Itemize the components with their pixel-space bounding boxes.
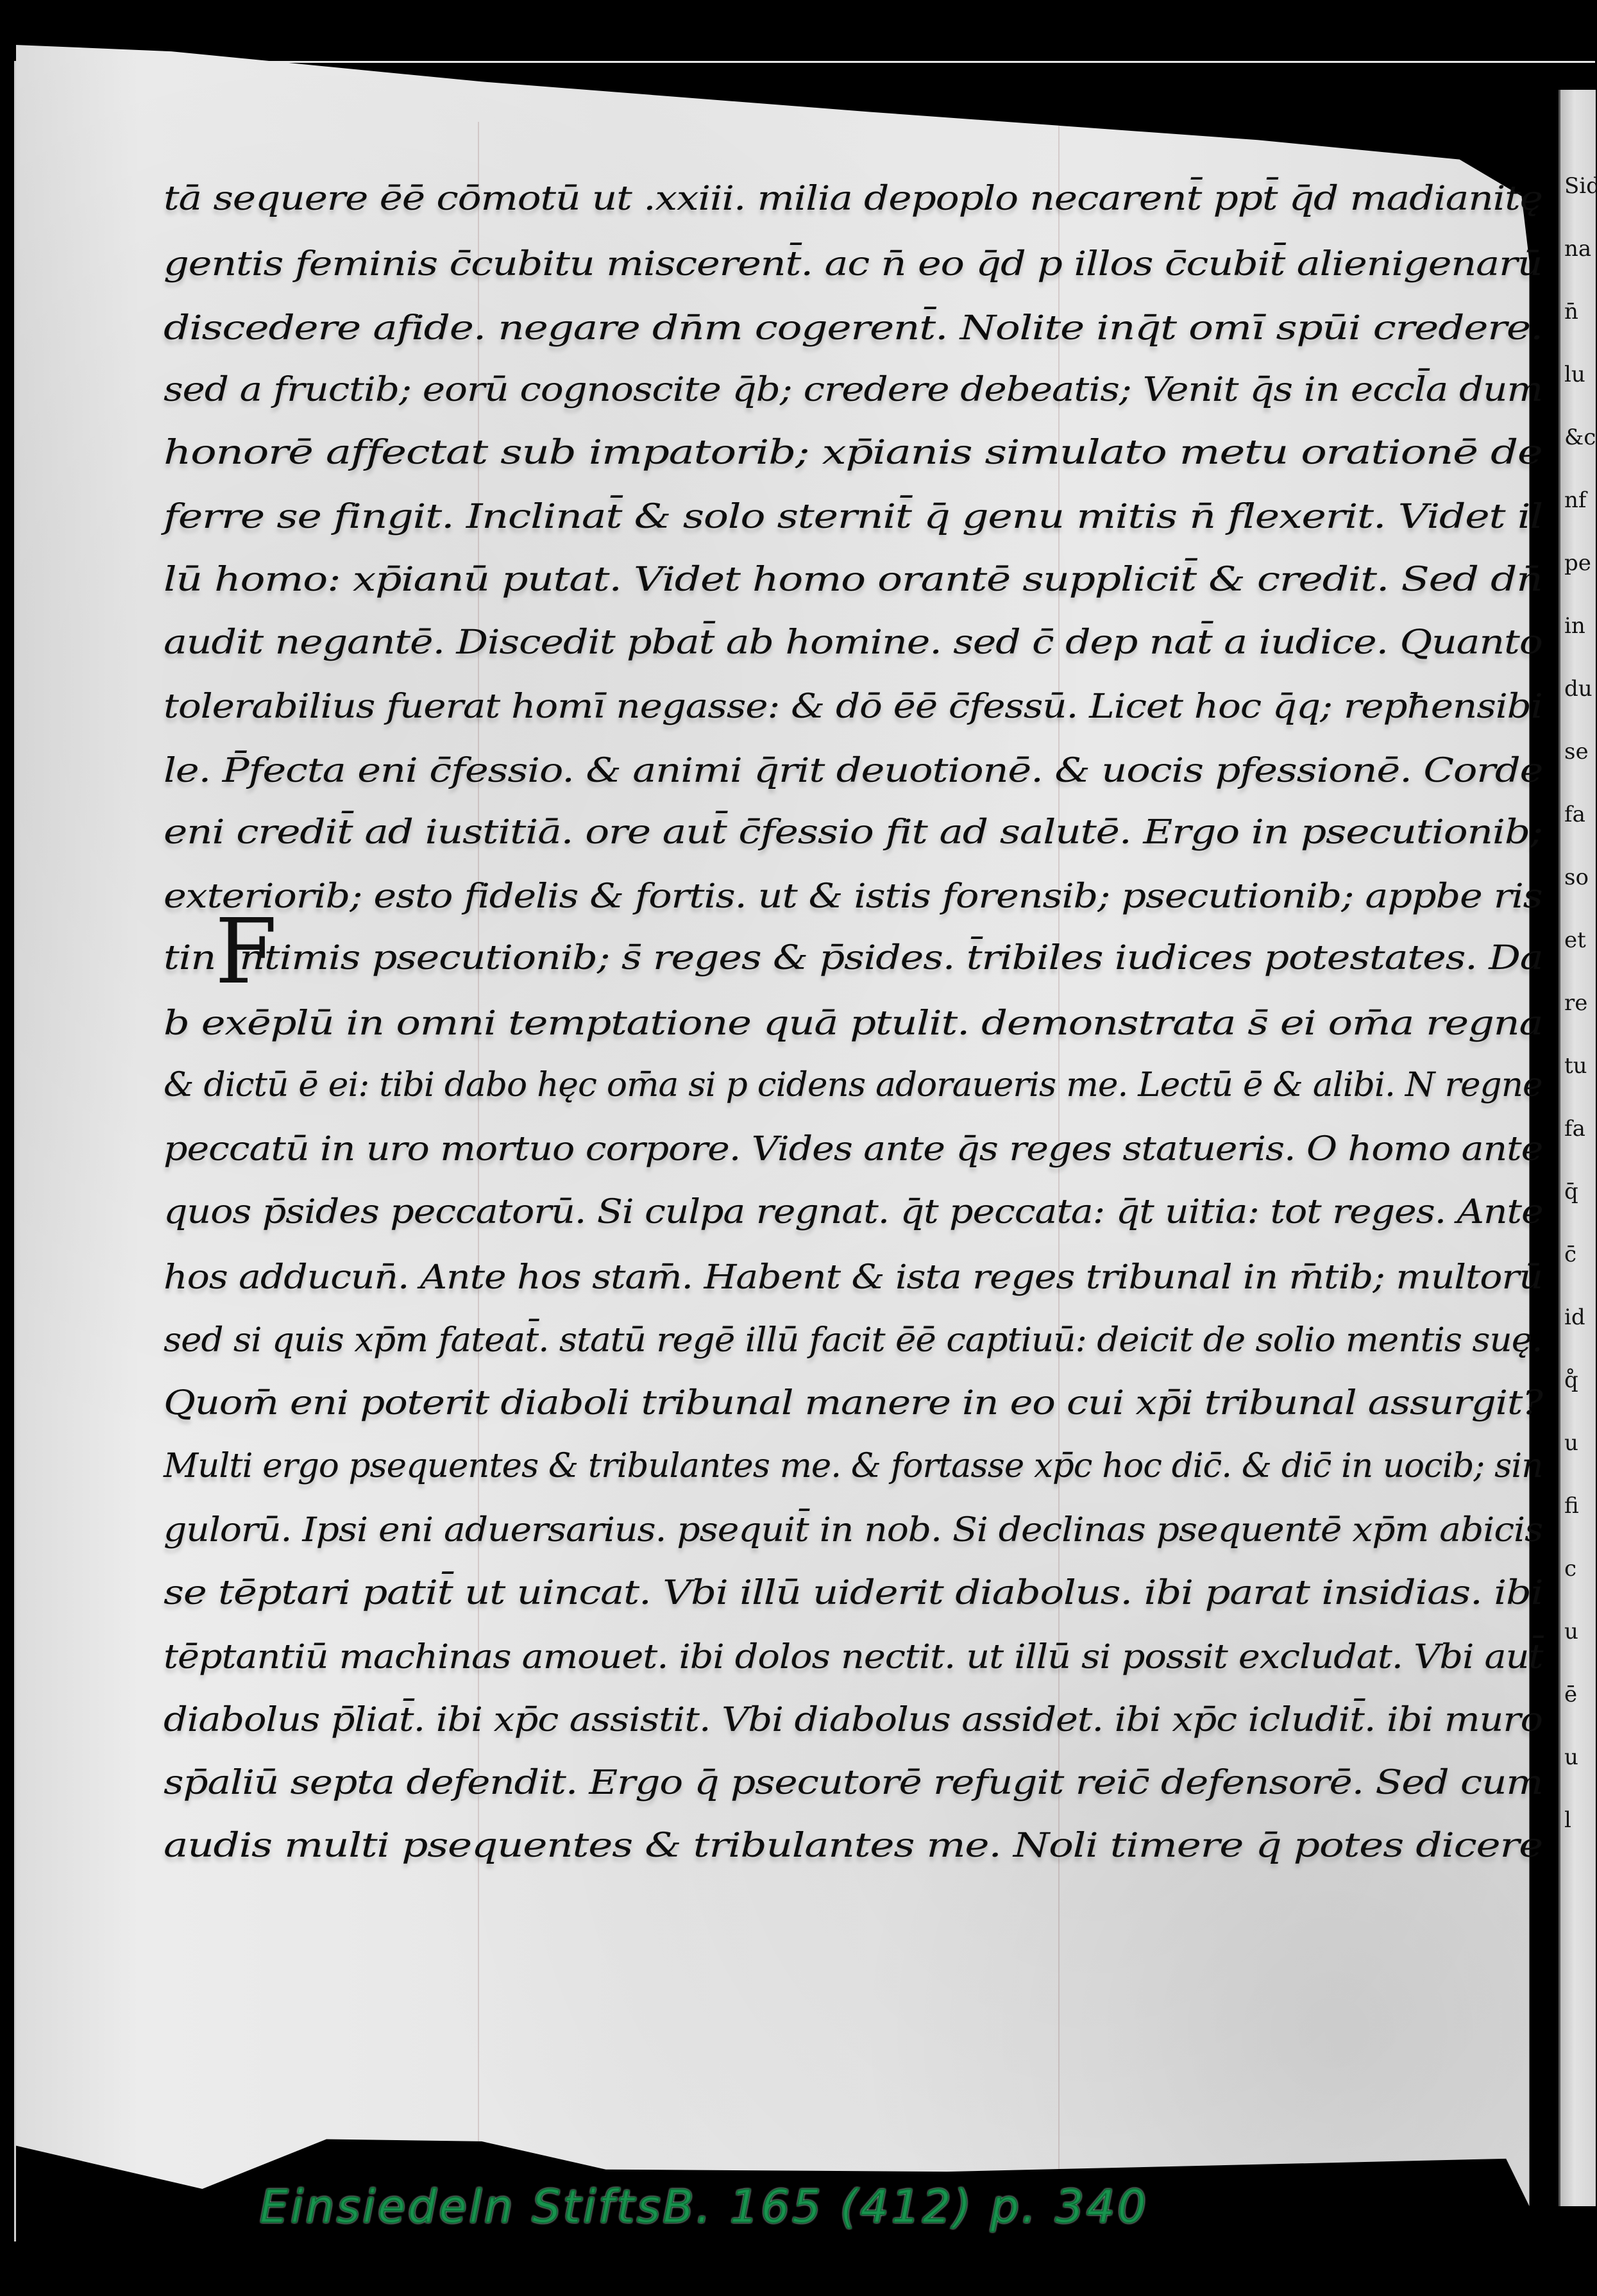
scan-frame-left — [14, 61, 16, 2241]
neighbor-page-fragment: u — [1564, 1619, 1578, 1644]
manuscript-line: Quom̄ eni poterit diaboli tribunal maner… — [164, 1384, 1542, 1422]
neighbor-page-edge: Sidnan̄lu&cnfpeindusefasoetretufaq̄c̄idq… — [1559, 90, 1596, 2206]
neighbor-page-fragment: pe — [1564, 550, 1591, 576]
neighbor-page-fragment: tu — [1564, 1053, 1587, 1079]
neighbor-page-fragment: nf — [1564, 487, 1586, 513]
manuscript-line: tā sequere ēē cōmotū ut .xxiii. milia de… — [164, 180, 1542, 218]
neighbor-page-fragment: et — [1564, 927, 1586, 953]
neighbor-page-fragment: se — [1564, 739, 1589, 764]
decorated-initial: F — [215, 907, 277, 997]
neighbor-page-fragment: u — [1564, 1430, 1578, 1456]
neighbor-page-fragment: u — [1564, 1744, 1578, 1770]
manuscript-line: sed a fructib; eorū cognoscite q̄b; cred… — [164, 371, 1542, 409]
manuscript-line: sed si quis xp̄m fateat̄. statū regē ill… — [164, 1321, 1542, 1360]
manuscript-line: peccatū in uro mortuo corpore. Vides ant… — [164, 1130, 1542, 1169]
manuscript-line: gulorū. Ipsi eni aduersarius. psequit̄ i… — [164, 1511, 1542, 1549]
manuscript-line: Multi ergo psequentes & tribulantes me. … — [164, 1447, 1542, 1485]
manuscript-line: ferre se fingit. Inclinat̄ & solo sterni… — [164, 498, 1542, 536]
neighbor-page-fragment: Sid — [1564, 173, 1596, 199]
manuscript-line: gentis feminis c̄cubitu miscerent̄. ac n… — [164, 245, 1542, 283]
neighbor-page-fragment: &c — [1564, 425, 1596, 450]
manuscript-line: diabolus p̄liat̄. ibi xp̄c assistit. Vbi… — [164, 1701, 1542, 1739]
manuscript-line: exteriorib; esto fidelis & fortis. ut & … — [164, 877, 1542, 916]
manuscript-line: le. P̄fecta eni c̄fessio. & animi q̄rit … — [164, 752, 1542, 790]
manuscript-line: se tēptari patit̄ ut uincat. Vbi illū ui… — [164, 1574, 1542, 1612]
manuscript-line: b exēplū in omni temptatione quā ptulit.… — [164, 1004, 1542, 1043]
neighbor-page-fragment: na — [1564, 236, 1591, 262]
manuscript-line: & dictū ē ei: tibi dabo hęc om̄a si p ci… — [164, 1066, 1542, 1104]
manuscript-line: honorē affectat sub impatorib; xp̄ianis … — [164, 434, 1542, 472]
neighbor-page-fragment: id — [1564, 1304, 1585, 1330]
manuscript-line: discedere afide. negare dn̄m cogerent̄. … — [164, 309, 1542, 348]
manuscript-line: audit negantē. Discedit pbat̄ ab homine.… — [164, 623, 1542, 662]
neighbor-page-fragment: ē — [1564, 1682, 1577, 1707]
neighbor-page-fragment: lu — [1564, 362, 1585, 387]
neighbor-page-fragment: fi — [1564, 1493, 1579, 1519]
neighbor-page-fragment: q̊ — [1564, 1367, 1578, 1393]
neighbor-page-fragment: du — [1564, 676, 1593, 702]
manuscript-line: quos p̄sides peccatorū. Si culpa regnat.… — [164, 1193, 1543, 1231]
manuscript-line: tin intimis psecutionib; s̄ reges & p̄si… — [164, 939, 1542, 977]
neighbor-page-fragment: n̄ — [1564, 299, 1578, 325]
neighbor-page-fragment: in — [1564, 613, 1585, 639]
neighbor-page-fragment: c̄ — [1564, 1242, 1576, 1267]
manuscript-line: lū homo: xp̄ianū putat. Videt homo orant… — [164, 561, 1542, 599]
manuscript-line: sp̄aliū septa defendit. Ergo q̄ psecutor… — [164, 1764, 1542, 1802]
neighbor-page-fragment: re — [1564, 990, 1587, 1016]
manuscript-line: tolerabilius fuerat homī negasse: & dō ē… — [164, 688, 1542, 726]
manuscript-line: tēptantiū machinas amouet. ibi dolos nec… — [164, 1638, 1542, 1676]
manuscript-line: audis multi psequentes & tribulantes me.… — [164, 1827, 1542, 1865]
manuscript-line: eni credit̄ ad iustitiā. ore aut̄ c̄fess… — [164, 813, 1542, 852]
neighbor-page-fragment: c — [1564, 1556, 1576, 1582]
manuscript-line: hos adducun̄. Ante hos stam̄. Habent & i… — [164, 1258, 1542, 1297]
neighbor-page-fragment: fa — [1564, 1116, 1585, 1142]
neighbor-page-fragment: fa — [1564, 802, 1585, 827]
neighbor-page-fragment: q̄ — [1564, 1179, 1578, 1204]
shelfmark-label: Einsiedeln StiftsB. 165 (412) p. 340 — [260, 2181, 1149, 2233]
neighbor-page-fragment: l — [1564, 1807, 1571, 1833]
neighbor-page-fragment: so — [1564, 865, 1589, 890]
manuscript-page — [16, 45, 1568, 2206]
